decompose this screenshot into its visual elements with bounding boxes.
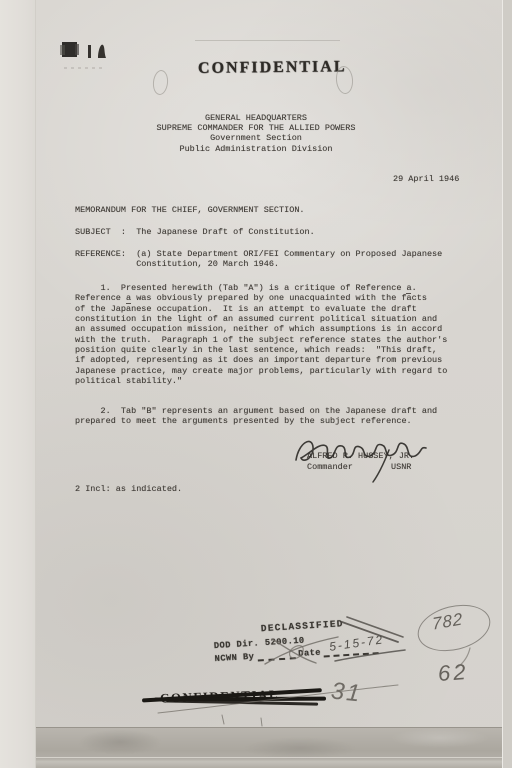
scanned-document-page: CONFIDENTIAL GENERAL HEADQUARTERS SUPREM… xyxy=(0,0,512,768)
pencil-scribbles xyxy=(0,0,512,768)
